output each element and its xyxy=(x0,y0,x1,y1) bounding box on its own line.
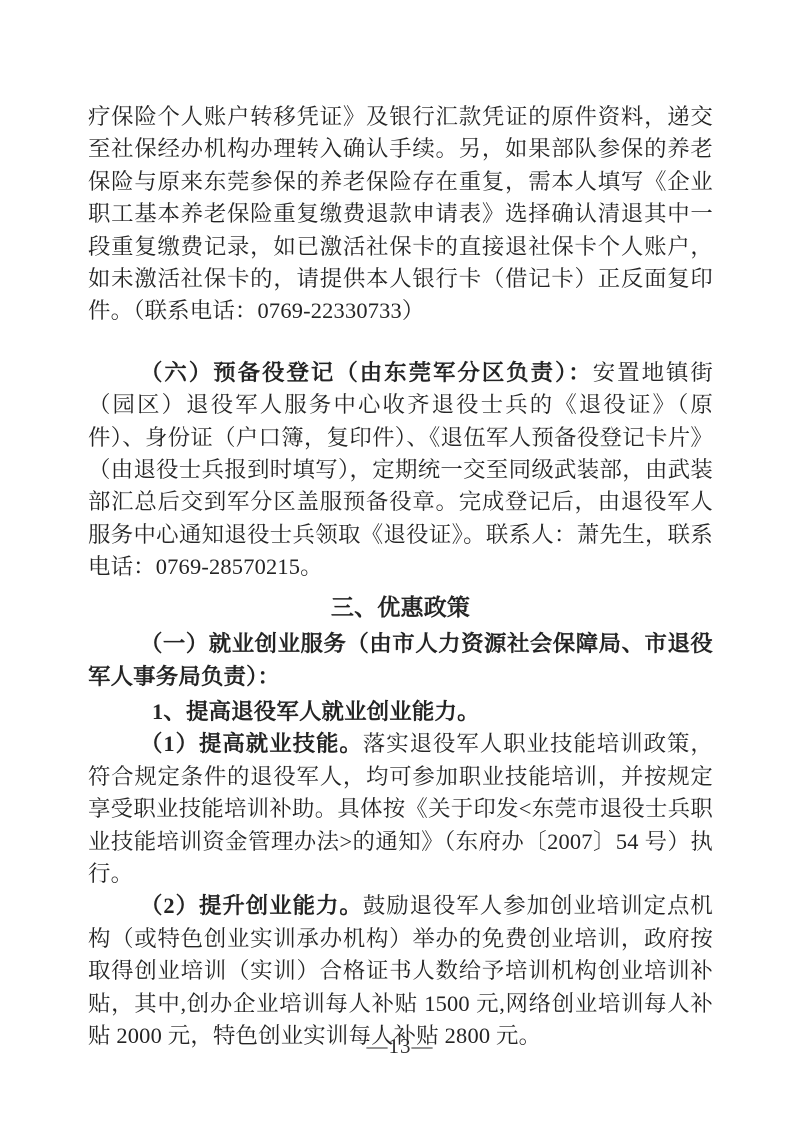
para-sub-1: 1、提高退役军人就业创业能力。 xyxy=(88,696,713,728)
para-sub-1-2: （2）提升创业能力。鼓励退役军人参加创业培训定点机构（或特色创业实训承办机构）举… xyxy=(88,890,713,1052)
emphasis-text: 1、提高退役军人就业创业能力。 xyxy=(152,699,480,724)
para-continuation: 疗保险个人账户转移凭证》及银行汇款凭证的原件资料，递交至社保经办机构办理转入确认… xyxy=(88,101,713,328)
emphasis-text: （六）预备役登记（由东莞军分区负责）： xyxy=(140,360,593,385)
emphasis-text: （2）提升创业能力。 xyxy=(140,893,363,918)
emphasis-text: 三、优惠政策 xyxy=(331,595,470,620)
section-heading-preferential: 三、优惠政策 xyxy=(88,592,713,624)
body-text: 疗保险个人账户转移凭证》及银行汇款凭证的原件资料，递交至社保经办机构办理转入确认… xyxy=(88,104,713,323)
body-text: 安置地镇街（园区）退役军人服务中心收齐退役士兵的《退役证》（原件）、身份证（户口… xyxy=(88,360,713,579)
emphasis-text: （1）提高就业技能。 xyxy=(140,731,363,756)
para-item-6: （六）预备役登记（由东莞军分区负责）：安置地镇街（园区）退役军人服务中心收齐退役… xyxy=(88,357,713,584)
para-sub-1-1: （1）提高就业技能。落实退役军人职业技能培训政策，符合规定条件的退役军人，均可参… xyxy=(88,728,713,890)
document-body: 疗保险个人账户转移凭证》及银行汇款凭证的原件资料，递交至社保经办机构办理转入确认… xyxy=(88,101,713,1052)
page-number: —13— xyxy=(367,1034,434,1058)
page-footer: —13— xyxy=(0,1034,800,1059)
para-item-1: （一）就业创业服务（由市人力资源社会保障局、市退役军人事务局负责）： xyxy=(88,628,713,693)
document-page: 疗保险个人账户转移凭证》及银行汇款凭证的原件资料，递交至社保经办机构办理转入确认… xyxy=(0,0,800,1131)
emphasis-text: （一）就业创业服务（由市人力资源社会保障局、市退役军人事务局负责）： xyxy=(88,631,713,688)
